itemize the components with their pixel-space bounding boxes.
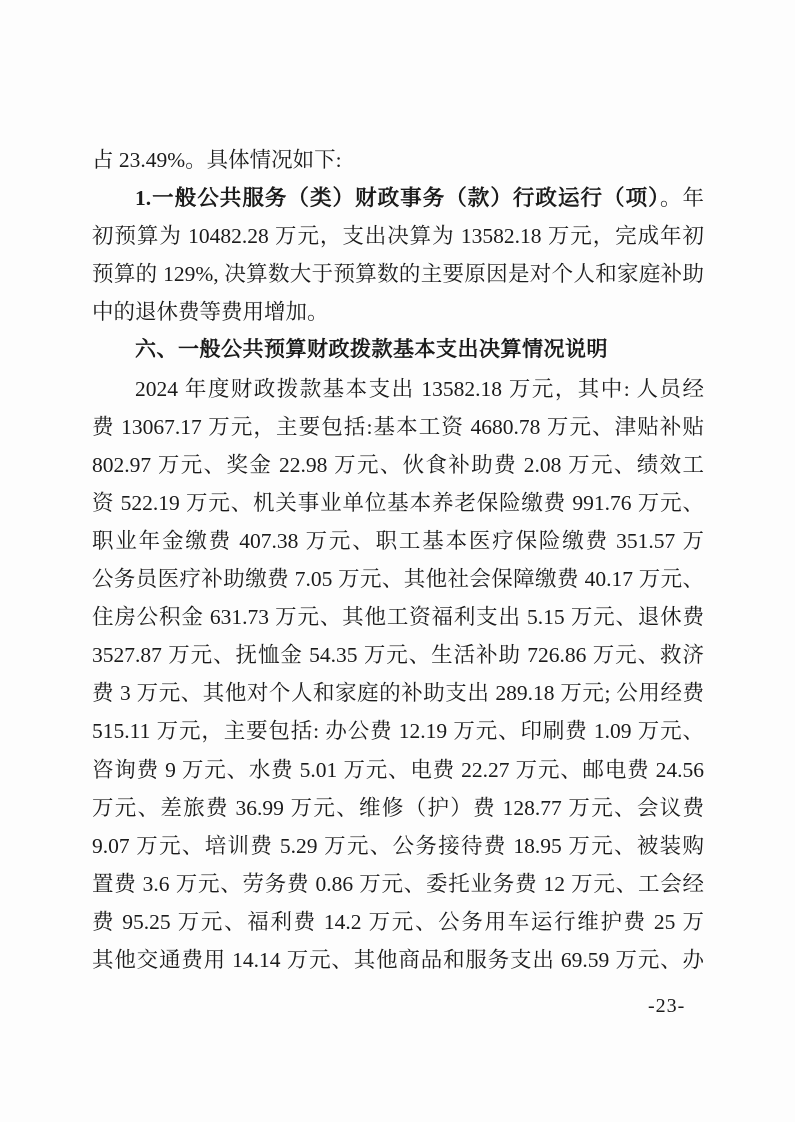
text-segment: 3527.87 万元、抚恤金 54.35 万元、生活补助 726.86 万元、救… [92,643,704,667]
text-line: 费 13067.17 万元，主要包括:基本工资 4680.78 万元、津贴补贴 [92,408,704,446]
text-line: 费 3 万元、其他对个人和家庭的补助支出 289.18 万元; 公用经费 [92,674,704,712]
section-heading: 六、一般公共预算财政拨款基本支出决算情况说明 [92,331,704,369]
text-line: 占 23.49%。具体情况如下: [92,141,704,179]
text-segment: 其他交通费用 14.14 万元、其他商品和服务支出 69.59 万元、办 [92,948,704,972]
text-line: 资 522.19 万元、机关事业单位基本养老保险缴费 991.76 万元、 [92,484,704,522]
text-segment: 515.11 万元，主要包括: 办公费 12.19 万元、印刷费 1.09 万元… [92,719,704,743]
text-line: 中的退休费等费用增加。 [92,293,704,331]
document-text: 占 23.49%。具体情况如下:1.一般公共服务（类）财政事务（款）行政运行（项… [92,141,704,979]
text-line: 初预算为 10482.28 万元，支出决算为 13582.18 万元，完成年初 [92,217,704,255]
text-line: 万元、差旅费 36.99 万元、维修（护）费 128.77 万元、会议费 [92,789,704,827]
text-line: 费 95.25 万元、福利费 14.2 万元、公务用车运行维护费 25 万元、 [92,903,704,941]
text-segment: 费 95.25 万元、福利费 14.2 万元、公务用车运行维护费 25 万元、 [92,910,704,941]
text-segment: 802.97 万元、奖金 22.98 万元、伙食补助费 2.08 万元、绩效工 [92,453,704,477]
text-segment: 住房公积金 631.73 万元、其他工资福利支出 5.15 万元、退休费 [92,605,704,629]
text-line: 9.07 万元、培训费 5.29 万元、公务接待费 18.95 万元、被装购 [92,827,704,865]
text-segment: 职业年金缴费 407.38 万元、职工基本医疗保险缴费 351.57 万元、 [92,529,704,560]
text-segment: 1.一般公共服务（类）财政事务（款）行政运行（项） [135,186,660,210]
text-segment: 资 522.19 万元、机关事业单位基本养老保险缴费 991.76 万元、 [92,491,704,515]
text-line: 预算的 129%, 决算数大于预算数的主要原因是对个人和家庭补助 [92,255,704,293]
text-line: 公务员医疗补助缴费 7.05 万元、其他社会保障缴费 40.17 万元、 [92,560,704,598]
text-segment: 中的退休费等费用增加。 [92,300,329,324]
text-segment: 置费 3.6 万元、劳务费 0.86 万元、委托业务费 12 万元、工会经 [92,872,704,896]
document-page: 占 23.49%。具体情况如下:1.一般公共服务（类）财政事务（款）行政运行（项… [0,0,795,1122]
text-segment: 。年 [660,186,704,210]
page-number: -23- [648,993,685,1019]
text-segment: 公务员医疗补助缴费 7.05 万元、其他社会保障缴费 40.17 万元、 [92,567,704,591]
text-segment: 占 23.49%。具体情况如下: [92,148,342,172]
text-segment: 初预算为 10482.28 万元，支出决算为 13582.18 万元，完成年初 [92,224,704,248]
text-line: 咨询费 9 万元、水费 5.01 万元、电费 22.27 万元、邮电费 24.5… [92,751,704,789]
text-segment: 六、一般公共预算财政拨款基本支出决算情况说明 [135,338,608,361]
text-segment: 万元、差旅费 36.99 万元、维修（护）费 128.77 万元、会议费 [92,796,704,820]
text-line: 置费 3.6 万元、劳务费 0.86 万元、委托业务费 12 万元、工会经 [92,865,704,903]
text-line: 515.11 万元，主要包括: 办公费 12.19 万元、印刷费 1.09 万元… [92,712,704,750]
text-segment: 费 3 万元、其他对个人和家庭的补助支出 289.18 万元; 公用经费 [92,681,704,705]
text-line: 1.一般公共服务（类）财政事务（款）行政运行（项）。年 [92,179,704,217]
text-segment: 预算的 129%, 决算数大于预算数的主要原因是对个人和家庭补助 [92,262,704,286]
text-segment: 费 13067.17 万元，主要包括:基本工资 4680.78 万元、津贴补贴 [92,415,704,439]
text-segment: 咨询费 9 万元、水费 5.01 万元、电费 22.27 万元、邮电费 24.5… [92,758,704,782]
text-segment: 9.07 万元、培训费 5.29 万元、公务接待费 18.95 万元、被装购 [92,834,704,858]
text-line: 住房公积金 631.73 万元、其他工资福利支出 5.15 万元、退休费 [92,598,704,636]
text-line: 3527.87 万元、抚恤金 54.35 万元、生活补助 726.86 万元、救… [92,636,704,674]
text-line: 2024 年度财政拨款基本支出 13582.18 万元，其中: 人员经 [92,370,704,408]
text-line: 802.97 万元、奖金 22.98 万元、伙食补助费 2.08 万元、绩效工 [92,446,704,484]
text-line: 其他交通费用 14.14 万元、其他商品和服务支出 69.59 万元、办 [92,941,704,979]
text-segment: 2024 年度财政拨款基本支出 13582.18 万元，其中: 人员经 [135,377,704,401]
text-line: 职业年金缴费 407.38 万元、职工基本医疗保险缴费 351.57 万元、 [92,522,704,560]
